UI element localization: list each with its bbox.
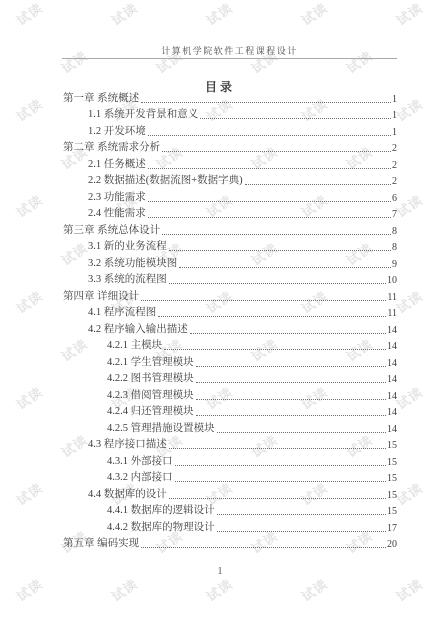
watermark-text: 试读 (12, 478, 46, 510)
toc-entry-page: 14 (387, 391, 397, 402)
toc-entry: 第四章 详细设计 11 (63, 288, 397, 305)
toc-entry: 4.2.3 借阅管理模块 14 (63, 387, 397, 404)
toc-entry: 4.2.4 归还管理模块 14 (63, 404, 397, 421)
toc-entry-page: 1 (392, 127, 397, 138)
toc-entry: 4.3 程序接口描述 15 (63, 437, 397, 454)
toc-entry: 第五章 编码实现 20 (63, 536, 397, 553)
toc-entry-label: 第一章 系统概述 (63, 93, 139, 105)
watermark-text: 试读 (202, 574, 236, 606)
toc-leader-dots (148, 217, 391, 218)
toc-entry-page: 7 (392, 209, 397, 220)
watermark-text: 试读 (392, 478, 426, 510)
toc-leader-dots (190, 333, 386, 334)
toc-entry-label: 4.3 程序接口描述 (88, 439, 167, 451)
toc-entry-label: 2.1 任务概述 (88, 159, 146, 171)
toc-entry-page: 11 (387, 292, 397, 303)
toc-entry-label: 4.3.2 内部接口 (107, 472, 173, 484)
toc-leader-dots (217, 514, 386, 515)
toc-entry-page: 15 (387, 490, 397, 501)
watermark-text: 试读 (392, 286, 426, 318)
toc-entry-page: 10 (387, 275, 397, 286)
toc-entry-page: 6 (392, 193, 397, 204)
toc-leader-dots (148, 168, 391, 169)
toc-entry-label: 4.2.3 借阅管理模块 (107, 390, 194, 402)
toc-entry-page: 15 (387, 457, 397, 468)
toc-entry-page: 14 (387, 341, 397, 352)
page-header: 计算机学院软件工程课程设计 (62, 44, 397, 57)
toc-entry-page: 15 (387, 440, 397, 451)
toc-leader-dots (200, 118, 391, 119)
toc-entry-label: 3.3 系统的流程图 (88, 274, 167, 286)
watermark-text: 试读 (107, 0, 141, 29)
toc-entry-page: 14 (387, 424, 397, 435)
toc-leader-dots (196, 366, 386, 367)
toc-leader-dots (169, 250, 391, 251)
watermark-text: 试读 (12, 94, 46, 126)
watermark-text: 试读 (392, 94, 426, 126)
toc-entry: 2.4 性能需求 7 (63, 206, 397, 223)
toc-leader-dots (217, 432, 386, 433)
toc-entry-label: 3.2 系统功能模块图 (88, 258, 177, 270)
toc-entry-page: 14 (387, 358, 397, 369)
toc-entry-page: 9 (392, 259, 397, 270)
watermark-text: 试读 (12, 382, 46, 414)
toc-entry-label: 4.1 程序流程图 (88, 307, 156, 319)
toc-entry: 1.1 系统开发背景和意义 1 (63, 107, 397, 124)
toc-entry-label: 第四章 详细设计 (63, 291, 139, 303)
toc-leader-dots (148, 201, 391, 202)
toc-leader-dots (245, 184, 391, 185)
toc-entry-label: 4.2.1 学生管理模块 (107, 357, 194, 369)
toc-entry: 2.1 任务概述 2 (63, 156, 397, 173)
watermark-text: 试读 (392, 190, 426, 222)
toc-entry: 3.2 系统功能模块图 9 (63, 255, 397, 272)
toc-leader-dots (175, 465, 386, 466)
toc-leader-dots (217, 531, 386, 532)
toc-entry-label: 第五章 编码实现 (63, 538, 139, 550)
toc-entry-label: 1.1 系统开发背景和意义 (88, 109, 198, 121)
toc-leader-dots (175, 481, 386, 482)
toc-leader-dots (169, 283, 386, 284)
toc-entry: 2.2 数据描述(数据流图+数据字典) 2 (63, 173, 397, 190)
toc-entry-page: 8 (392, 242, 397, 253)
toc-entry-page: 14 (387, 325, 397, 336)
watermark-text: 试读 (12, 286, 46, 318)
toc-entry-page: 15 (387, 506, 397, 517)
toc-entry: 4.2 程序输入输出描述 14 (63, 321, 397, 338)
toc-entry: 第三章 系统总体设计 8 (63, 222, 397, 239)
toc-list: 第一章 系统概述 1 1.1 系统开发背景和意义 1 1.2 开发环境 1 第二… (63, 90, 397, 552)
toc-entry-page: 1 (392, 110, 397, 121)
toc-entry-page: 2 (392, 160, 397, 171)
toc-entry-label: 4.4.1 数据库的逻辑设计 (107, 505, 215, 517)
toc-entry: 4.2.1 学生管理模块 14 (63, 354, 397, 371)
toc-entry-label: 第三章 系统总体设计 (63, 225, 160, 237)
toc-entry-label: 4.4 数据库的设计 (88, 489, 167, 501)
toc-entry: 4.3.1 外部接口 15 (63, 453, 397, 470)
toc-leader-dots (179, 267, 391, 268)
toc-entry-label: 4.2 程序输入输出描述 (88, 324, 188, 336)
watermark-text: 试读 (202, 0, 236, 29)
toc-entry-page: 2 (392, 176, 397, 187)
toc-entry-label: 4.2.1 主模块 (107, 340, 162, 352)
toc-leader-dots (169, 448, 386, 449)
toc-entry-label: 2.2 数据描述(数据流图+数据字典) (88, 175, 243, 187)
toc-entry-label: 2.4 性能需求 (88, 208, 146, 220)
toc-entry-page: 14 (387, 374, 397, 385)
toc-entry: 4.3.2 内部接口 15 (63, 470, 397, 487)
toc-entry: 3.1 新的业务流程 8 (63, 239, 397, 256)
toc-entry-page: 8 (392, 226, 397, 237)
toc-entry-page: 2 (392, 143, 397, 154)
watermark-text: 试读 (392, 382, 426, 414)
watermark-text: 试读 (297, 0, 331, 29)
toc-entry-page: 20 (387, 539, 397, 550)
toc-leader-dots (141, 547, 386, 548)
toc-entry: 第一章 系统概述 1 (63, 90, 397, 107)
watermark-text: 试读 (392, 574, 426, 606)
toc-entry: 第二章 系统需求分析 2 (63, 140, 397, 157)
toc-entry: 1.2 开发环境 1 (63, 123, 397, 140)
toc-entry: 4.2.5 管理措施设置模块 14 (63, 420, 397, 437)
toc-entry-label: 1.2 开发环境 (88, 126, 146, 138)
toc-entry: 4.4.2 数据库的物理设计 17 (63, 519, 397, 536)
toc-entry-label: 3.1 新的业务流程 (88, 241, 167, 253)
toc-entry: 4.1 程序流程图 11 (63, 305, 397, 322)
toc-entry-label: 4.2.5 管理措施设置模块 (107, 423, 215, 435)
toc-entry-page: 17 (387, 523, 397, 534)
toc-entry-page: 11 (387, 308, 397, 319)
toc-entry: 4.2.1 主模块 14 (63, 338, 397, 355)
watermark-text: 试读 (392, 0, 426, 29)
header-title: 计算机学院软件工程课程设计 (161, 46, 298, 56)
toc-leader-dots (162, 234, 391, 235)
toc-entry-page: 1 (392, 94, 397, 105)
toc-entry-label: 4.3.1 外部接口 (107, 456, 173, 468)
toc-entry-label: 4.2.4 归还管理模块 (107, 406, 194, 418)
toc-leader-dots (196, 382, 386, 383)
toc-entry-label: 4.4.2 数据库的物理设计 (107, 522, 215, 534)
watermark-text: 试读 (297, 574, 331, 606)
toc-entry-page: 14 (387, 407, 397, 418)
toc-leader-dots (141, 102, 391, 103)
watermark-text: 试读 (12, 190, 46, 222)
toc-leader-dots (164, 349, 386, 350)
toc-entry: 4.4 数据库的设计 15 (63, 486, 397, 503)
toc-leader-dots (162, 151, 391, 152)
watermark-text: 试读 (12, 574, 46, 606)
toc-leader-dots (141, 300, 386, 301)
page-number: 1 (0, 566, 440, 577)
toc-leader-dots (148, 135, 391, 136)
header-rule (62, 58, 397, 59)
toc-entry: 2.3 功能需求 6 (63, 189, 397, 206)
watermark-text: 试读 (107, 574, 141, 606)
toc-entry: 4.2.2 图书管理模块 14 (63, 371, 397, 388)
toc-entry-page: 15 (387, 473, 397, 484)
toc-entry: 4.4.1 数据库的逻辑设计 15 (63, 503, 397, 520)
toc-entry-label: 第二章 系统需求分析 (63, 142, 160, 154)
watermark-text: 试读 (12, 0, 46, 29)
toc-leader-dots (196, 399, 386, 400)
document-page: 试读试读试读试读试读试读试读试读试读试读试读试读试读试读试读试读试读试读试读试读… (0, 0, 440, 620)
toc-leader-dots (158, 316, 386, 317)
toc-leader-dots (196, 415, 386, 416)
toc-leader-dots (169, 498, 386, 499)
toc-entry-label: 2.3 功能需求 (88, 192, 146, 204)
toc-entry: 3.3 系统的流程图 10 (63, 272, 397, 289)
toc-entry-label: 4.2.2 图书管理模块 (107, 373, 194, 385)
